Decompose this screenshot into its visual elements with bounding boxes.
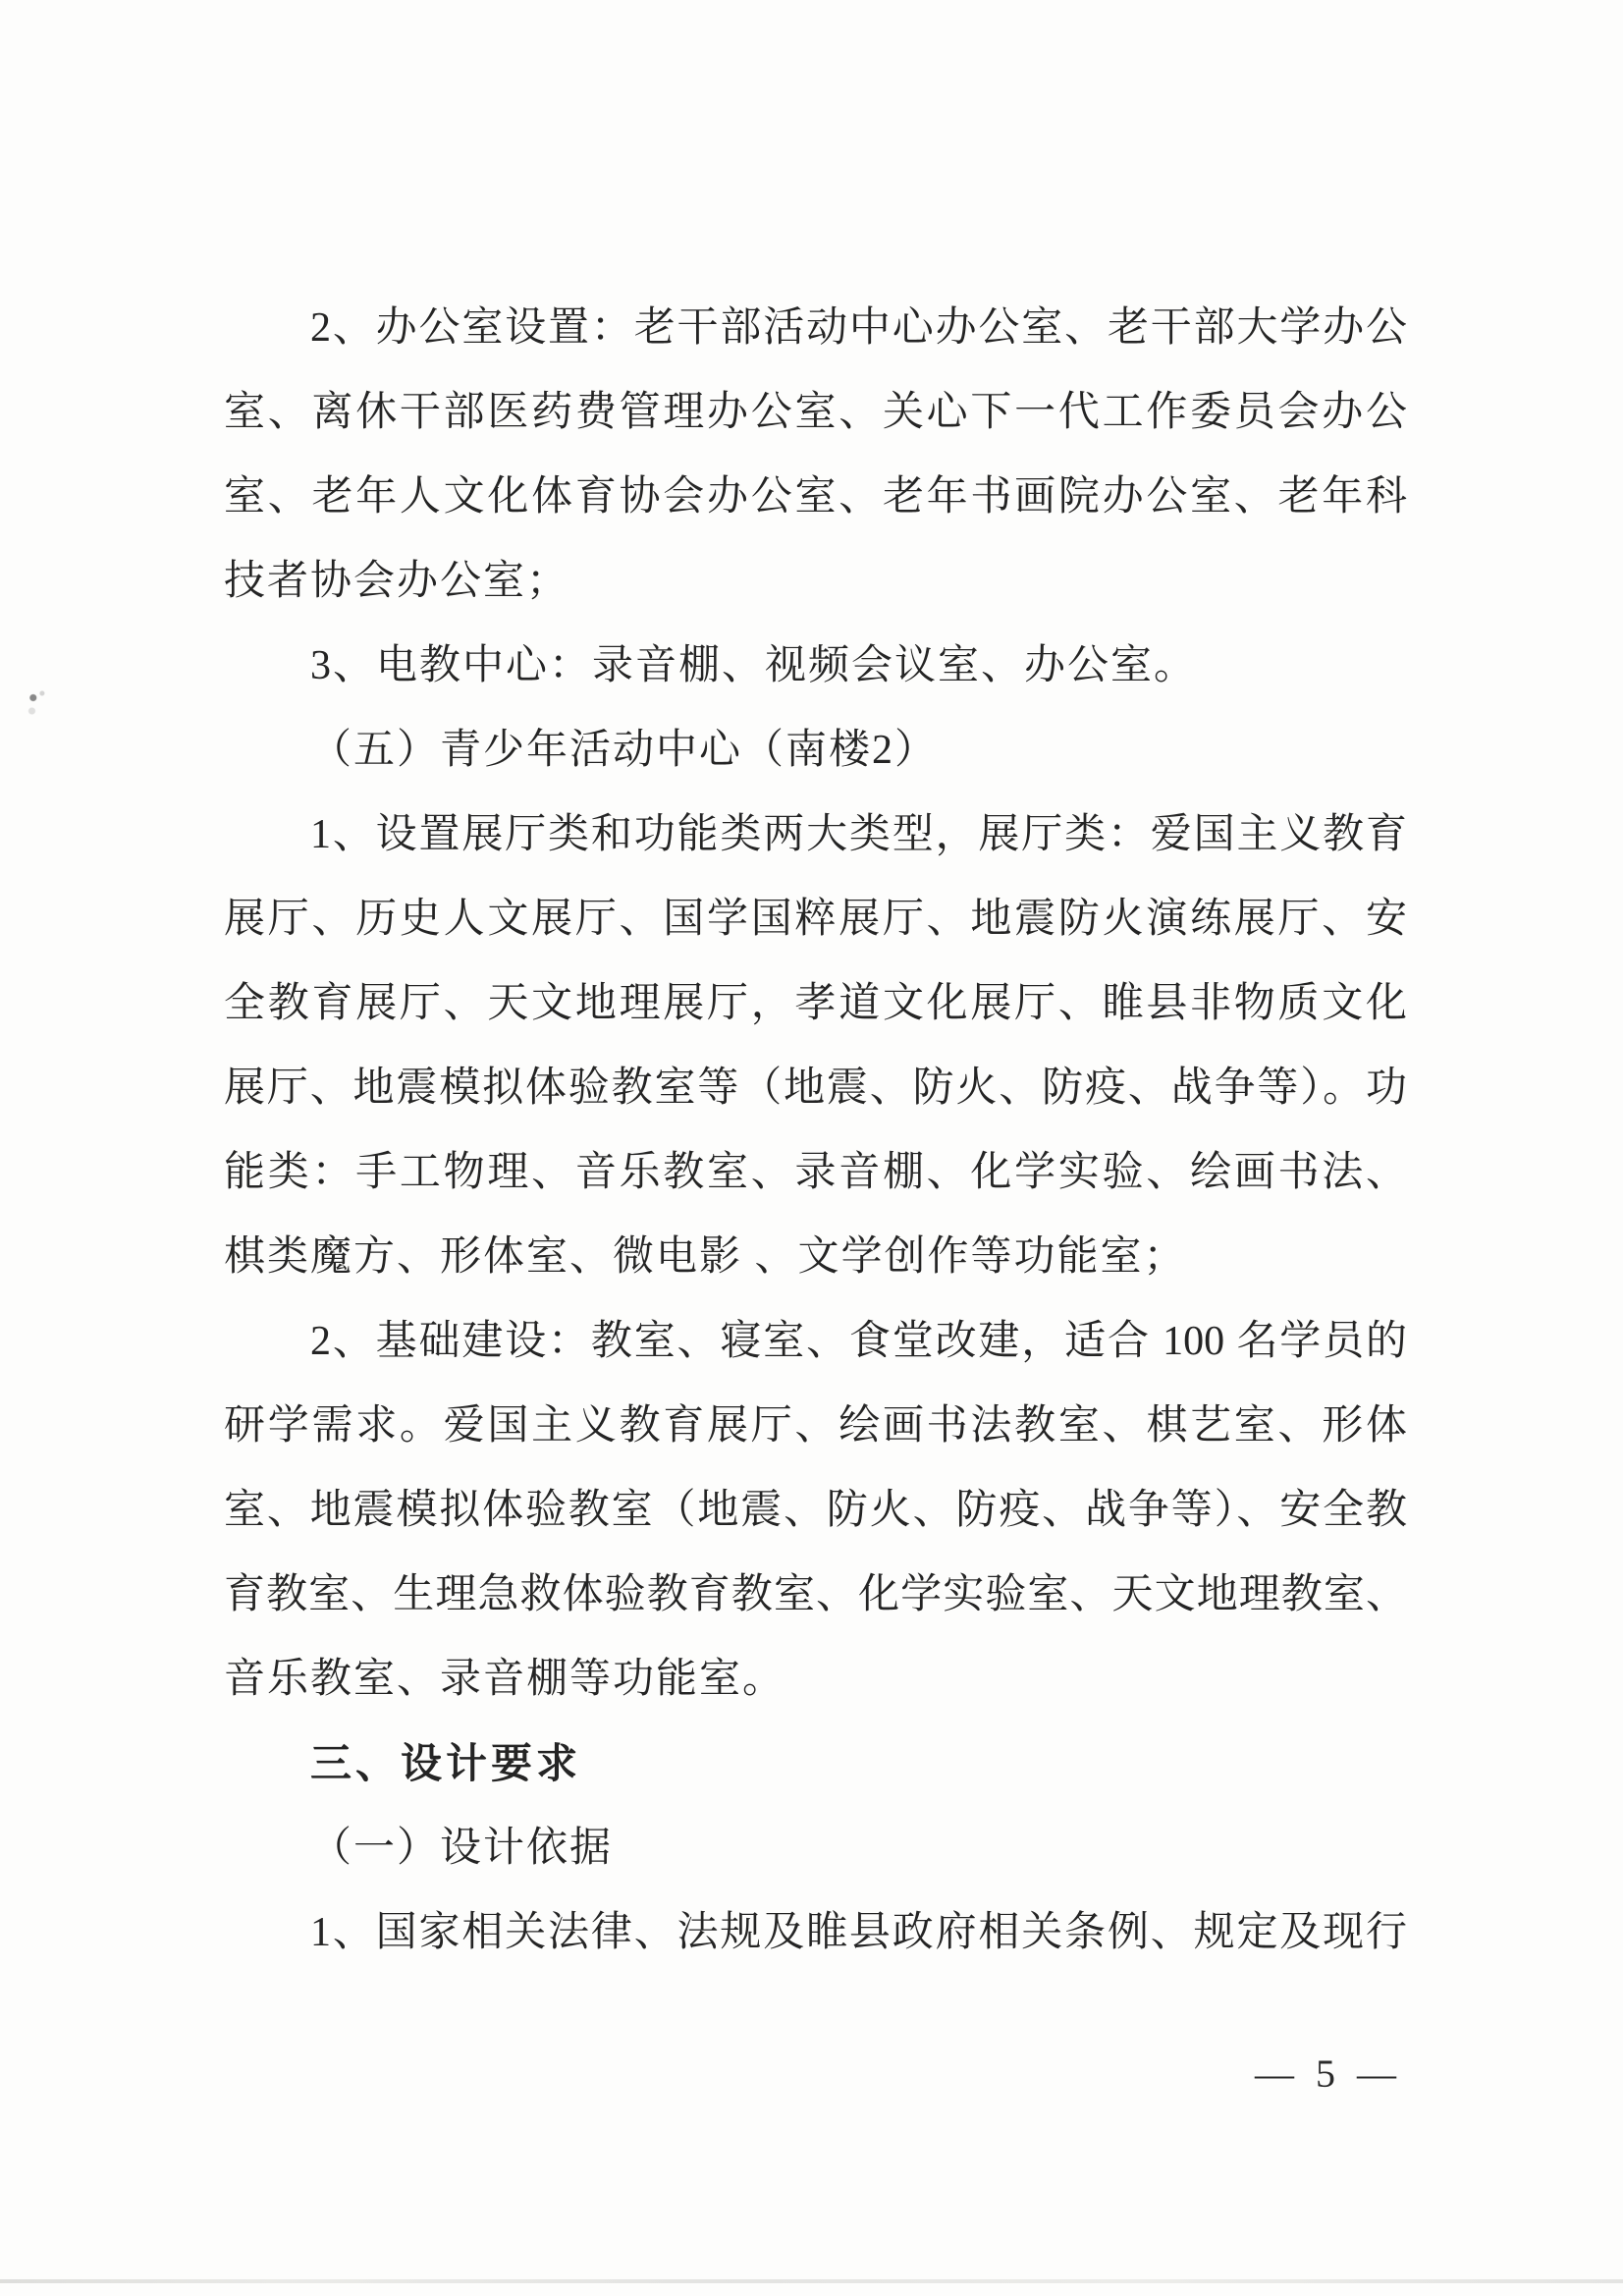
document-body: 2、办公室设置：老干部活动中心办公室、老干部大学办公 室、离休干部医药费管理办公… — [224, 286, 1407, 1975]
page-number: — 5 — — [1255, 2050, 1402, 2097]
section-heading: 三、设计要求 — [224, 1722, 1407, 1806]
scan-edge-line — [0, 2279, 1623, 2283]
text-line: 音乐教室、录音棚等功能室。 — [224, 1637, 1407, 1722]
text-line: 室、地震模拟体验教室（地震、防火、防疫、战争等）、安全教 — [224, 1468, 1407, 1553]
text-line: 2、办公室设置：老干部活动中心办公室、老干部大学办公 — [224, 286, 1407, 370]
text-line: 技者协会办公室； — [224, 539, 1407, 624]
text-line: 全教育展厅、天文地理展厅，孝道文化展厅、睢县非物质文化 — [224, 961, 1407, 1046]
text-line: 1、国家相关法律、法规及睢县政府相关条例、规定及现行 — [224, 1890, 1407, 1975]
text-line: 展厅、地震模拟体验教室等（地震、防火、防疫、战争等）。功 — [224, 1046, 1407, 1130]
subsection-heading: （一）设计依据 — [224, 1806, 1407, 1890]
text-line: 能类：手工物理、音乐教室、录音棚、化学实验、绘画书法、 — [224, 1130, 1407, 1215]
document-page: 2、办公室设置：老干部活动中心办公室、老干部大学办公 室、离休干部医药费管理办公… — [0, 0, 1623, 2296]
text-line: 棋类魔方、形体室、微电影 、文学创作等功能室； — [224, 1215, 1407, 1299]
text-line: 3、电教中心：录音棚、视频会议室、办公室。 — [224, 624, 1407, 708]
scan-smudge — [26, 687, 51, 717]
text-line: 室、老年人文化体育协会办公室、老年书画院办公室、老年科 — [224, 455, 1407, 539]
text-line: 室、离休干部医药费管理办公室、关心下一代工作委员会办公 — [224, 370, 1407, 455]
text-line: 展厅、历史人文展厅、国学国粹展厅、地震防火演练展厅、安 — [224, 877, 1407, 961]
text-line: 2、基础建设：教室、寝室、食堂改建，适合 100 名学员的 — [224, 1299, 1407, 1384]
text-line: 研学需求。爱国主义教育展厅、绘画书法教室、棋艺室、形体 — [224, 1384, 1407, 1468]
text-line: 育教室、生理急救体验教育教室、化学实验室、天文地理教室、 — [224, 1553, 1407, 1637]
text-line: 1、设置展厅类和功能类两大类型，展厅类：爱国主义教育 — [224, 793, 1407, 877]
text-line: （五）青少年活动中心（南楼2） — [224, 708, 1407, 793]
